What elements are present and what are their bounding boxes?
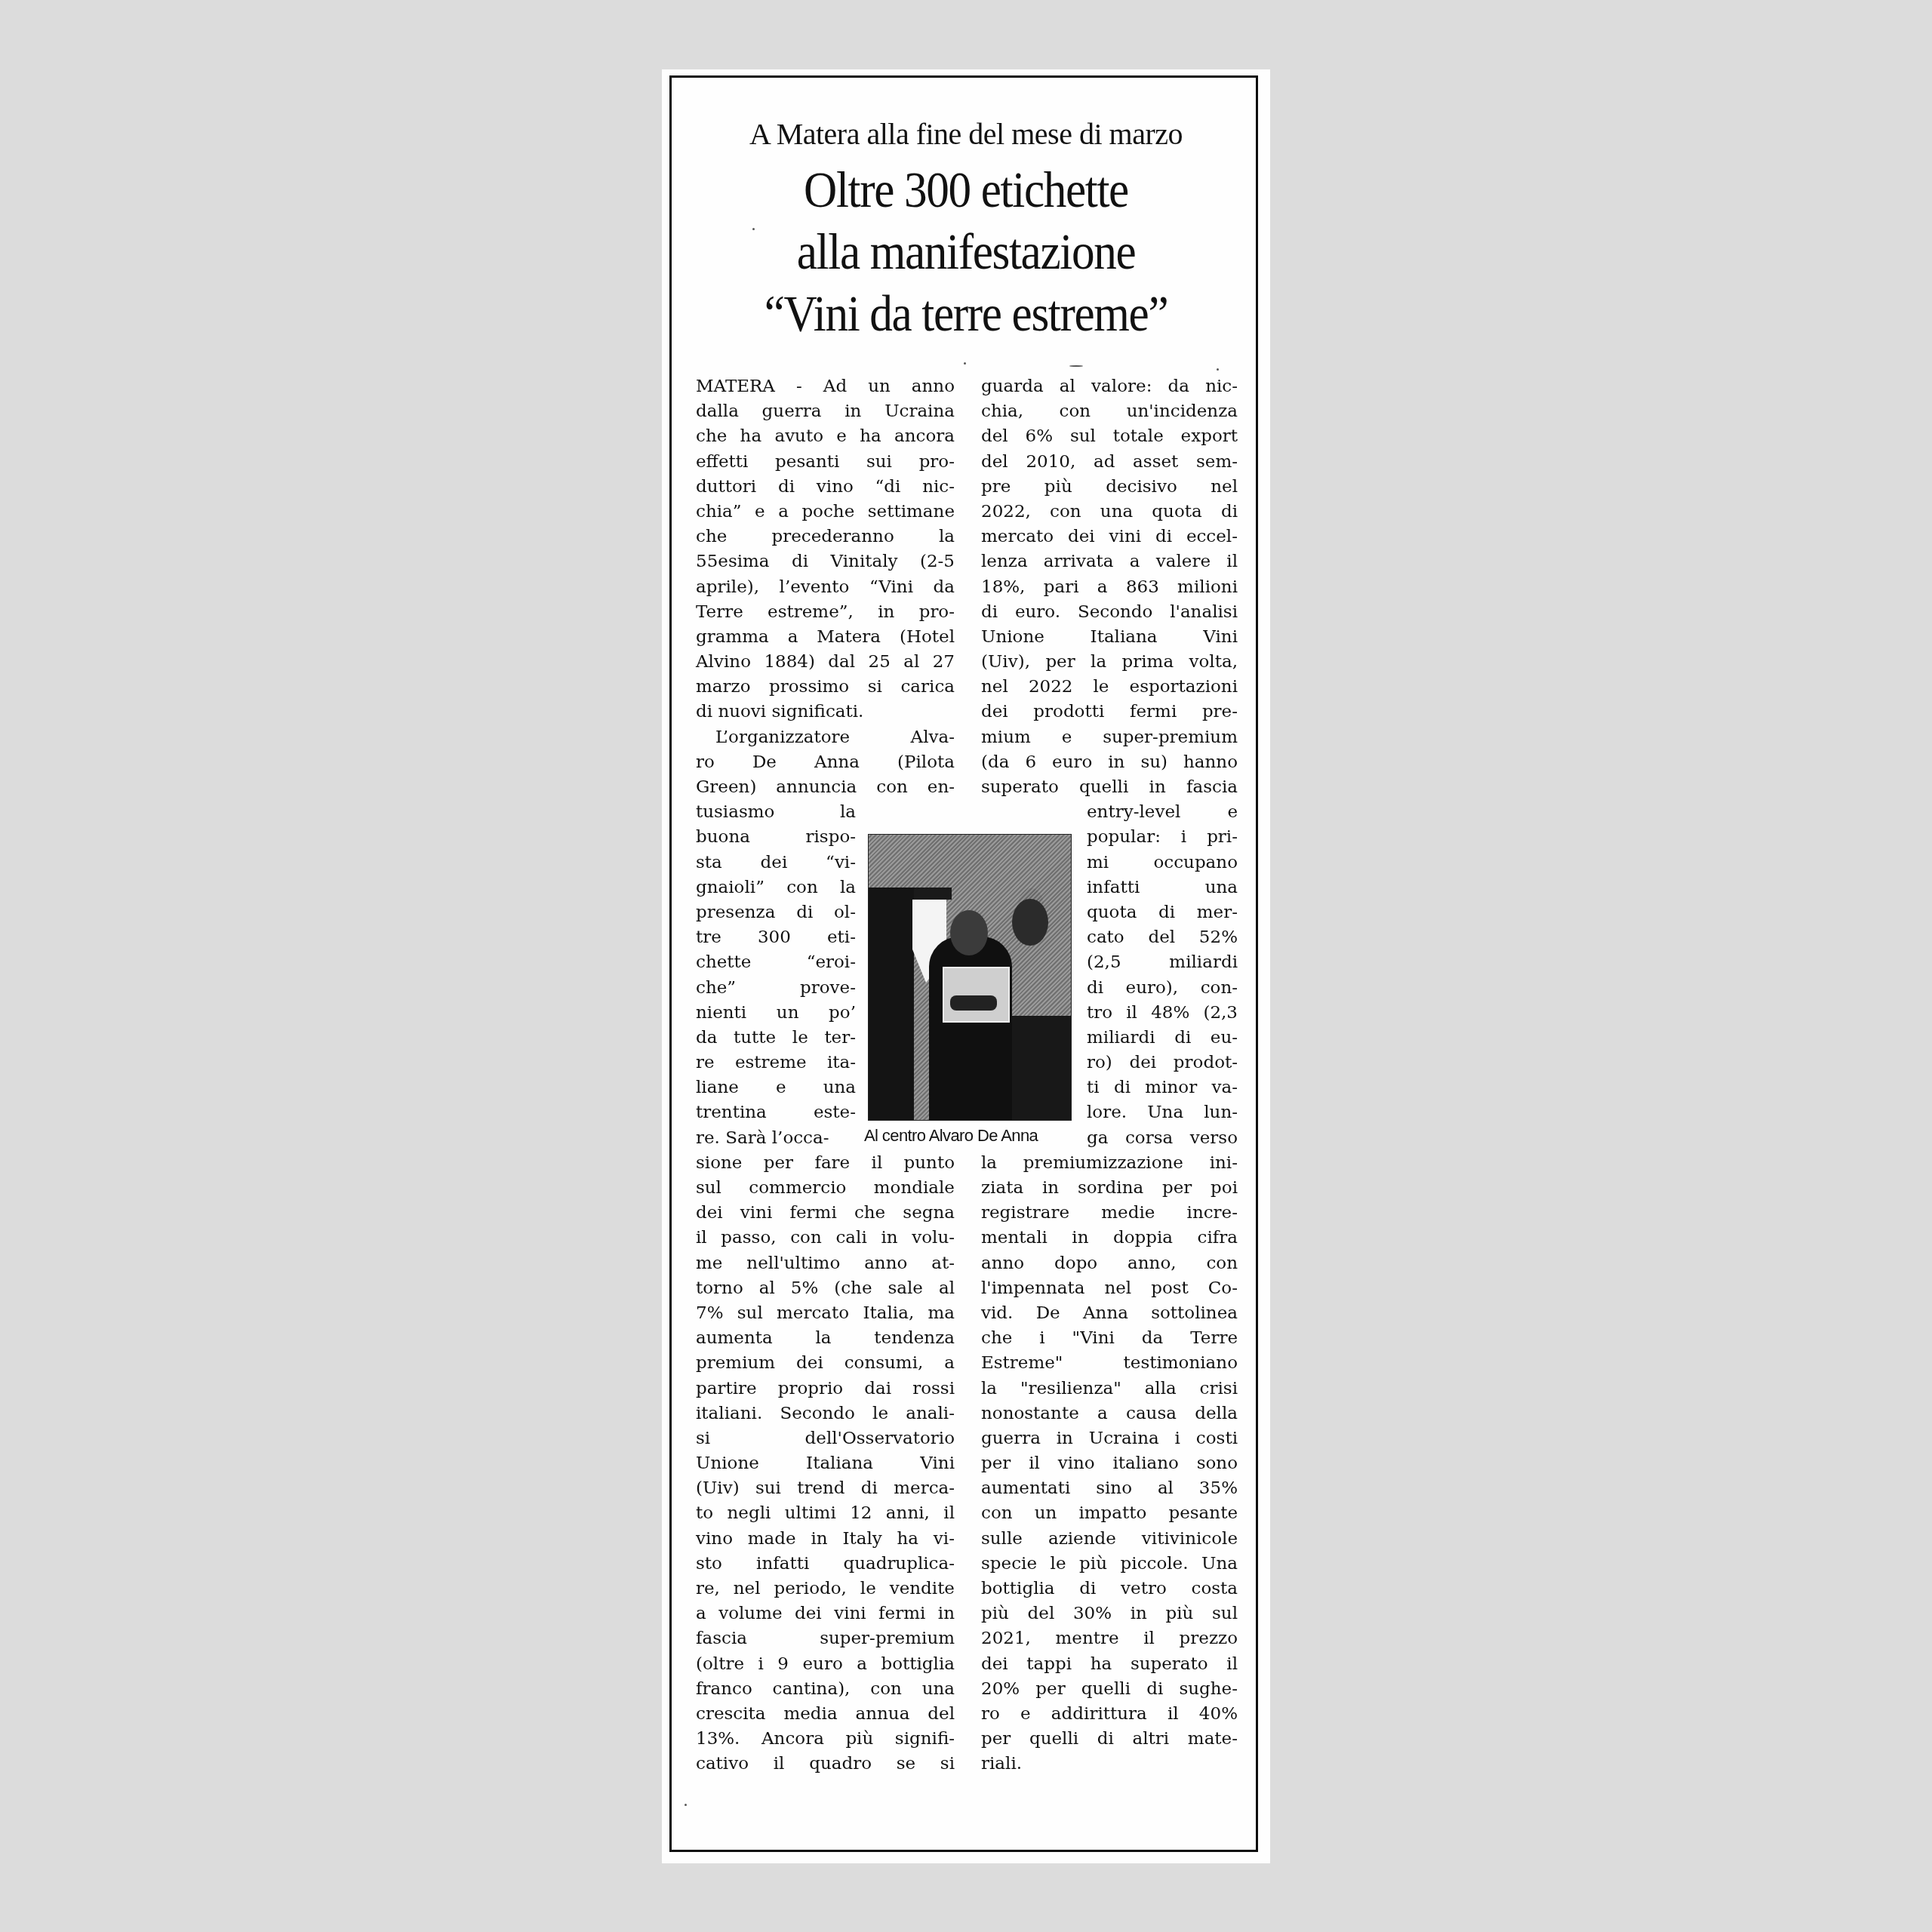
text-line: (da 6 euro in su) hanno xyxy=(981,750,1238,775)
photo-caption: Al centro Alvaro De Anna xyxy=(864,1125,1075,1146)
text-line: chia, con un'incidenza xyxy=(981,399,1238,424)
text-line: 2021, mentre il prezzo xyxy=(981,1626,1238,1651)
right-column-wrap-text: entry-level epopular: i pri-mi occupanoi… xyxy=(1087,800,1238,1151)
text-line: to negli ultimi 12 anni, il xyxy=(696,1501,955,1526)
text-line: L’organizzatore Alva- xyxy=(696,725,955,750)
right-column-bottom-text: la premiumizzazione ini-ziata in sordina… xyxy=(981,1151,1238,1777)
text-line: trentina este- xyxy=(696,1100,856,1125)
headline-line-2: alla manifestazione xyxy=(692,220,1239,282)
text-line: che ha avuto e ha ancora xyxy=(696,424,955,449)
text-line: la premiumizzazione ini- xyxy=(981,1151,1238,1176)
print-speck xyxy=(752,228,755,230)
text-line: sione per fare il punto xyxy=(696,1151,955,1176)
text-line: da tutte le ter- xyxy=(696,1026,856,1051)
text-line: dei vini fermi che segna xyxy=(696,1201,955,1226)
text-line: sulle aziende vitivinicole xyxy=(981,1527,1238,1552)
text-line: tusiasmo la xyxy=(696,800,856,825)
print-speck xyxy=(1217,368,1219,371)
text-line: tre 300 eti- xyxy=(696,925,856,950)
text-line: bottiglia di vetro costa xyxy=(981,1577,1238,1601)
text-line: Alvino 1884) dal 25 al 27 xyxy=(696,650,955,675)
text-line: più del 30% in più sul xyxy=(981,1601,1238,1626)
text-line: 2022, con una quota di xyxy=(981,500,1238,525)
text-line: 55esima di Vinitaly (2-5 xyxy=(696,549,955,574)
text-line: Terre estreme”, in pro- xyxy=(696,600,955,625)
text-line: entry-level e xyxy=(1087,800,1238,825)
newspaper-clipping: A Matera alla fine del mese di marzo Olt… xyxy=(662,69,1270,1863)
text-line: miliardi di eu- xyxy=(1087,1026,1238,1051)
text-line: presenza di ol- xyxy=(696,900,856,925)
text-line: quota di mer- xyxy=(1087,900,1238,925)
text-line: gramma a Matera (Hotel xyxy=(696,625,955,650)
text-line: ziata in sordina per poi xyxy=(981,1176,1238,1201)
text-line: anno dopo anno, con xyxy=(981,1251,1238,1276)
text-line: mercato dei vini di eccel- xyxy=(981,525,1238,549)
text-line: ga corsa verso xyxy=(1087,1126,1238,1151)
text-line: effetti pesanti sui pro- xyxy=(696,450,955,475)
text-line: re estreme ita- xyxy=(696,1051,856,1075)
text-line: nonostante a causa della xyxy=(981,1401,1238,1426)
text-line: del 6% sul totale export xyxy=(981,424,1238,449)
text-line: gnaioli” con la xyxy=(696,875,856,900)
text-line: italiani. Secondo le anali- xyxy=(696,1401,955,1426)
text-line: il passo, con cali in volu- xyxy=(696,1226,955,1251)
text-line: 7% sul mercato Italia, ma xyxy=(696,1301,955,1326)
text-line: buona rispo- xyxy=(696,825,856,850)
text-line: vino made in Italy ha vi- xyxy=(696,1527,955,1552)
text-line: infatti una xyxy=(1087,875,1238,900)
text-line: mi occupano xyxy=(1087,851,1238,875)
left-column-top-text: MATERA - Ad un annodalla guerra in Ucrai… xyxy=(696,374,955,800)
text-line: sul commercio mondiale xyxy=(696,1176,955,1201)
text-line: vid. De Anna sottolinea xyxy=(981,1301,1238,1326)
text-line: fascia super-premium xyxy=(696,1626,955,1651)
text-line: cativo il quadro se si xyxy=(696,1752,955,1777)
text-line: aumenta la tendenza xyxy=(696,1326,955,1351)
left-column-bottom-text: sione per fare il puntosul commercio mon… xyxy=(696,1151,955,1777)
text-line: Unione Italiana Vini xyxy=(696,1451,955,1476)
text-line: aprile), l’evento “Vini da xyxy=(696,575,955,600)
headline-line-3: “Vini da terre estreme” xyxy=(692,282,1239,344)
text-line: 13%. Ancora più signifi- xyxy=(696,1727,955,1752)
text-line: si dell'Osservatorio xyxy=(696,1426,955,1451)
article-photo xyxy=(868,834,1072,1121)
text-line: dalla guerra in Ucraina xyxy=(696,399,955,424)
text-line: dei tappi ha superato il xyxy=(981,1652,1238,1677)
text-line: premium dei consumi, a xyxy=(696,1351,955,1376)
text-line: mium e super-premium xyxy=(981,725,1238,750)
text-line: (oltre i 9 euro a bottiglia xyxy=(696,1652,955,1677)
text-line: superato quelli in fascia xyxy=(981,775,1238,800)
text-line: dei prodotti fermi pre- xyxy=(981,700,1238,724)
text-line: nel 2022 le esportazioni xyxy=(981,675,1238,700)
text-line: di nuovi significati. xyxy=(696,700,955,724)
text-line: duttori di vino “di nic- xyxy=(696,475,955,500)
text-line: me nell'ultimo anno at- xyxy=(696,1251,955,1276)
text-line: chette “eroi- xyxy=(696,950,856,975)
text-line: nienti un po’ xyxy=(696,1001,856,1026)
text-line: del 2010, ad asset sem- xyxy=(981,450,1238,475)
article-kicker: A Matera alla fine del mese di marzo xyxy=(662,116,1270,152)
photo-person-left xyxy=(869,888,914,1120)
print-speck xyxy=(685,1804,687,1806)
text-line: Unione Italiana Vini xyxy=(981,625,1238,650)
text-line: cato del 52% xyxy=(1087,925,1238,950)
text-line: 18%, pari a 863 milioni xyxy=(981,575,1238,600)
text-line: riali. xyxy=(981,1752,1238,1777)
text-line: che” prove- xyxy=(696,976,856,1001)
text-line: marzo prossimo si carica xyxy=(696,675,955,700)
text-line: 20% per quelli di sughe- xyxy=(981,1677,1238,1702)
text-line: la "resilienza" alla crisi xyxy=(981,1377,1238,1401)
text-line: registrare medie incre- xyxy=(981,1201,1238,1226)
text-line: che i "Vini da Terre xyxy=(981,1326,1238,1351)
text-line: che precederanno la xyxy=(696,525,955,549)
text-line: MATERA - Ad un anno xyxy=(696,374,955,399)
text-line: chia” e a poche settimane xyxy=(696,500,955,525)
article-headline: Oltre 300 etichette alla manifestazione … xyxy=(692,158,1239,344)
photo-plaque xyxy=(943,967,1010,1023)
photo-person-center-head xyxy=(950,910,988,955)
text-line: con un impatto pesante xyxy=(981,1501,1238,1526)
text-line: crescita media annua del xyxy=(696,1702,955,1727)
text-line: ro e addirittura il 40% xyxy=(981,1702,1238,1727)
photo-plaque-detail xyxy=(950,995,997,1011)
text-line: liane e una xyxy=(696,1075,856,1100)
text-line: (Uiv) sui trend di merca- xyxy=(696,1476,955,1501)
text-line: l'impennata nel post Co- xyxy=(981,1276,1238,1301)
text-line: (2,5 miliardi xyxy=(1087,950,1238,975)
text-line: specie le più piccole. Una xyxy=(981,1552,1238,1577)
text-line: lenza arrivata a valere il xyxy=(981,549,1238,574)
text-line: (Uiv), per la prima volta, xyxy=(981,650,1238,675)
text-line: per quelli di altri mate- xyxy=(981,1727,1238,1752)
text-line: lore. Una lun- xyxy=(1087,1100,1238,1125)
text-line: aumentati sino al 35% xyxy=(981,1476,1238,1501)
text-line: popular: i pri- xyxy=(1087,825,1238,850)
text-line: di euro. Secondo l'analisi xyxy=(981,600,1238,625)
text-line: tro il 48% (2,3 xyxy=(1087,1001,1238,1026)
text-line: ro De Anna (Pilota xyxy=(696,750,955,775)
text-line: di euro), con- xyxy=(1087,976,1238,1001)
text-line: sta dei “vi- xyxy=(696,851,856,875)
text-line: per il vino italiano sono xyxy=(981,1451,1238,1476)
right-column-top-text: guarda al valore: da nic-chia, con un'in… xyxy=(981,374,1238,800)
text-line: guarda al valore: da nic- xyxy=(981,374,1238,399)
text-line: Estreme" testimoniano xyxy=(981,1351,1238,1376)
headline-line-1: Oltre 300 etichette xyxy=(692,158,1239,220)
text-line: partire proprio dai rossi xyxy=(696,1377,955,1401)
text-line: mentali in doppia cifra xyxy=(981,1226,1238,1251)
text-line: sto infatti quadruplica- xyxy=(696,1552,955,1577)
text-line: pre più decisivo nel xyxy=(981,475,1238,500)
text-line: re, nel periodo, le vendite xyxy=(696,1577,955,1601)
print-speck xyxy=(964,362,966,365)
text-line: re. Sarà l’occa- xyxy=(696,1126,856,1151)
text-line: ti di minor va- xyxy=(1087,1075,1238,1100)
text-line: franco cantina), con una xyxy=(696,1677,955,1702)
print-speck xyxy=(1069,365,1083,367)
text-line: a volume dei vini fermi in xyxy=(696,1601,955,1626)
left-column-wrap-text: tusiasmo labuona rispo-sta dei “vi-gnaio… xyxy=(696,800,856,1151)
text-line: Green) annuncia con en- xyxy=(696,775,955,800)
text-line: guerra in Ucraina i costi xyxy=(981,1426,1238,1451)
text-line: ro) dei prodot- xyxy=(1087,1051,1238,1075)
photo-person-right-head xyxy=(1012,899,1048,946)
photo-person-center-body xyxy=(929,937,1012,1120)
text-line: torno al 5% (che sale al xyxy=(696,1276,955,1301)
